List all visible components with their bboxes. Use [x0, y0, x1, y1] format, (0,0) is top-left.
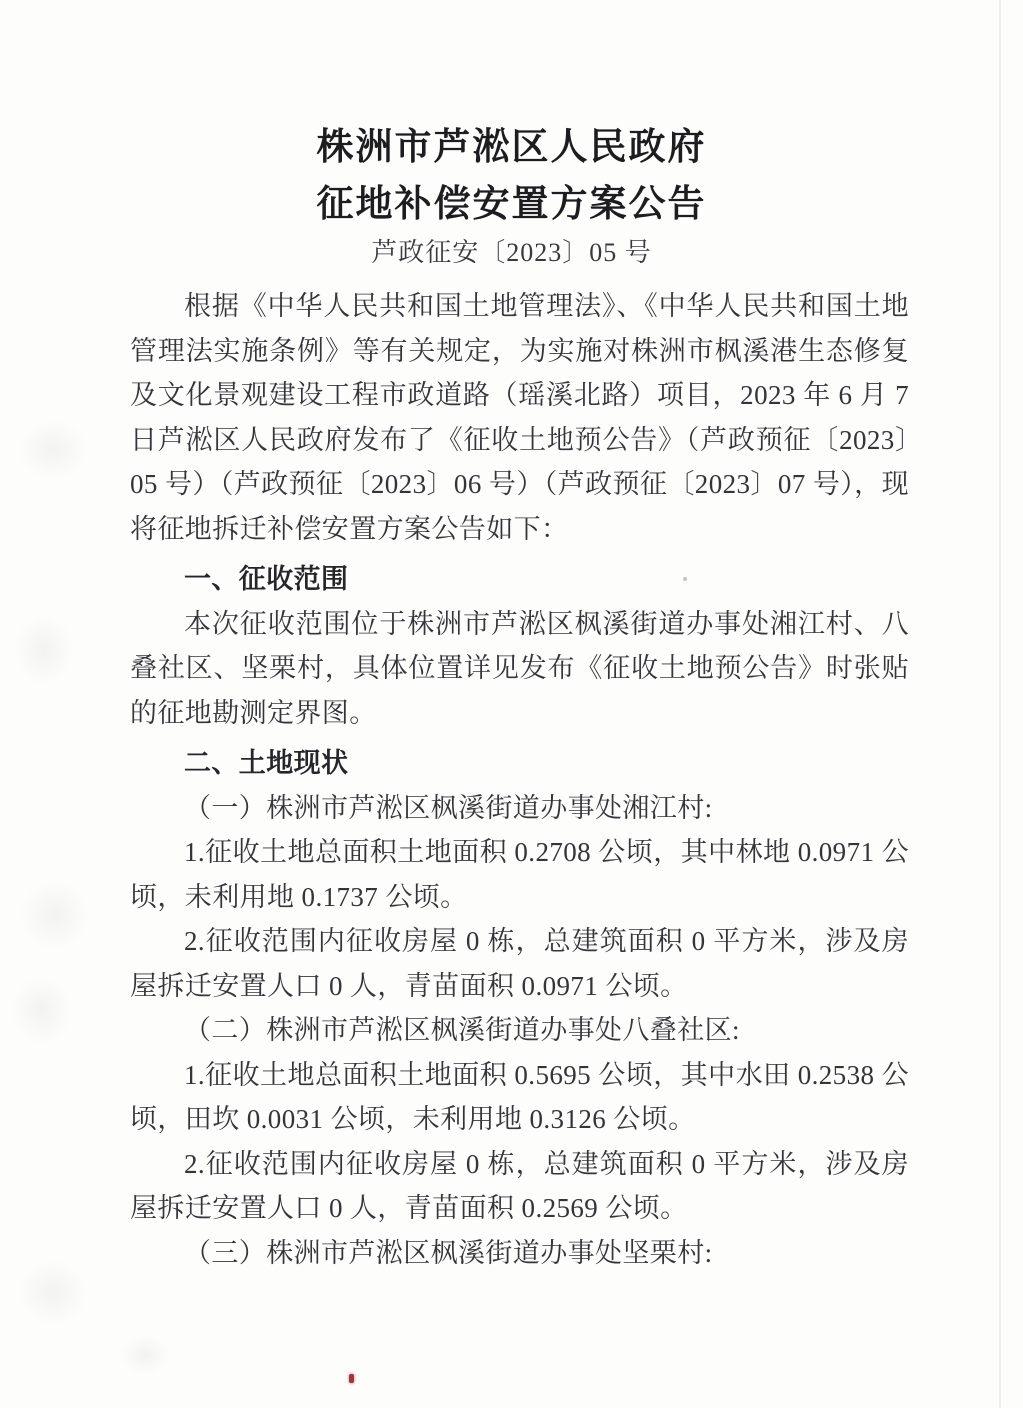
scan-smudge	[14, 615, 74, 685]
document-body: 根据《中华人民共和国土地管理法》、《中华人民共和国土地管理法实施条例》等有关规定…	[130, 284, 909, 1275]
scan-smudge	[18, 420, 88, 480]
subsection-1-item-2: 2.征收范围内征收房屋 0 栋，总建筑面积 0 平方米，涉及房屋拆迁安置人口 0…	[130, 919, 909, 1008]
scan-smudge	[18, 1260, 88, 1325]
document-header: 株洲市芦淞区人民政府 征地补偿安置方案公告 芦政征安〔2023〕05 号	[0, 118, 1023, 269]
paragraph-scope: 本次征收范围位于株洲市芦淞区枫溪街道办事处湘江村、八叠社区、坚栗村，具体位置详见…	[130, 602, 909, 736]
subsection-2-title: （二）株洲市芦淞区枫溪街道办事处八叠社区:	[130, 1008, 909, 1053]
paragraph-intro: 根据《中华人民共和国土地管理法》、《中华人民共和国土地管理法实施条例》等有关规定…	[130, 284, 909, 551]
scan-smudge	[20, 880, 90, 950]
scan-smudge	[120, 1335, 170, 1375]
document-title-line-1: 株洲市芦淞区人民政府	[0, 118, 1023, 175]
section-heading-2: 二、土地现状	[130, 741, 909, 786]
subsection-2-item-2: 2.征收范围内征收房屋 0 栋，总建筑面积 0 平方米，涉及房屋拆迁安置人口 0…	[130, 1142, 909, 1231]
section-heading-1: 一、征收范围	[130, 557, 909, 602]
scanned-document-page: 株洲市芦淞区人民政府 征地补偿安置方案公告 芦政征安〔2023〕05 号 根据《…	[0, 0, 1023, 1408]
subsection-3-title: （三）株洲市芦淞区枫溪街道办事处坚栗村:	[130, 1231, 909, 1276]
subsection-1-title: （一）株洲市芦淞区枫溪街道办事处湘江村:	[130, 786, 909, 831]
subsection-2-item-1: 1.征收土地总面积土地面积 0.5695 公顷，其中水田 0.2538 公顷，田…	[130, 1053, 909, 1142]
scan-smudge	[12, 975, 72, 1045]
subsection-1-item-1: 1.征收土地总面积土地面积 0.2708 公顷，其中林地 0.0971 公顷，未…	[130, 830, 909, 919]
red-ink-speck	[349, 1374, 354, 1383]
document-title-line-2: 征地补偿安置方案公告	[0, 175, 1023, 232]
document-number: 芦政征安〔2023〕05 号	[0, 237, 1023, 269]
